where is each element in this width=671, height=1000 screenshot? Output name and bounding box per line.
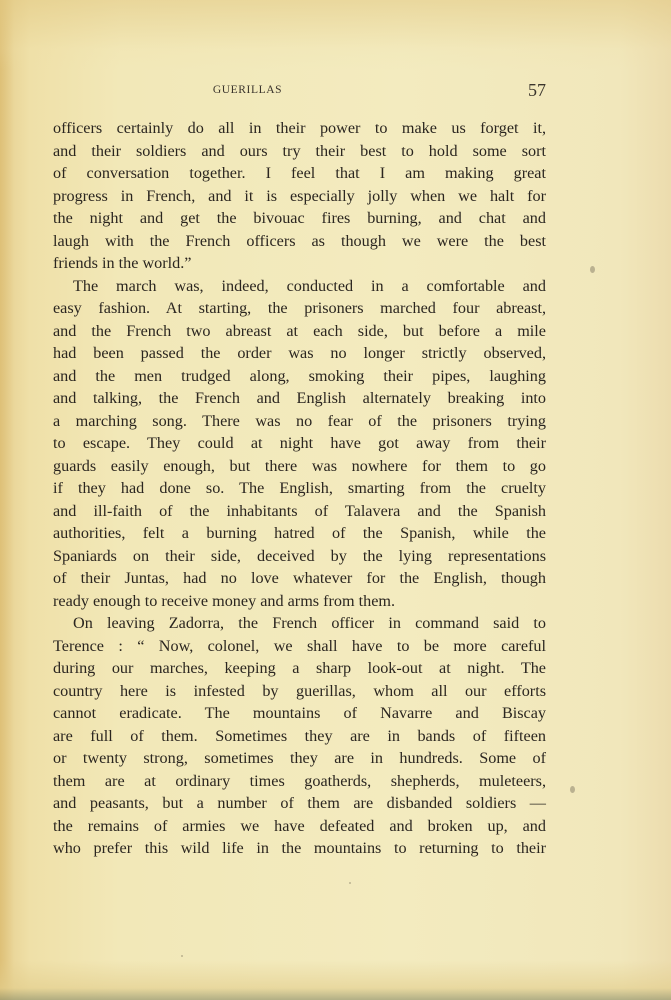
text-line: and the men trudged along, smoking their… xyxy=(53,365,546,388)
text-line: cannot eradicate. The mountains of Navar… xyxy=(53,702,546,725)
body-text: officers certainly do all in their power… xyxy=(53,117,546,860)
text-line: and peasants, but a number of them are d… xyxy=(53,792,546,815)
text-line: and their soldiers and ours try their be… xyxy=(53,140,546,163)
text-line: of their Juntas, had no love whatever fo… xyxy=(53,567,546,590)
text-line: the night and get the bivouac fires burn… xyxy=(53,207,546,230)
text-line: or twenty strong, sometimes they are in … xyxy=(53,747,546,770)
text-line: during our marches, keeping a sharp look… xyxy=(53,657,546,680)
text-line: ready enough to receive money and arms f… xyxy=(53,590,546,613)
page-left-edge-shading xyxy=(0,0,14,1000)
text-line: who prefer this wild life in the mountai… xyxy=(53,837,546,860)
running-head: GUERILLAS 57 xyxy=(53,82,546,102)
text-line: are full of them. Sometimes they are in … xyxy=(53,725,546,748)
text-line: had been passed the order was no longer … xyxy=(53,342,546,365)
text-line: guards easily enough, but there was nowh… xyxy=(53,455,546,478)
text-line: country here is infested by guerillas, w… xyxy=(53,680,546,703)
text-line: the remains of armies we have defeated a… xyxy=(53,815,546,838)
page-top-shading xyxy=(0,0,671,70)
paper-speck xyxy=(349,882,351,884)
text-line: and the French two abreast at each side,… xyxy=(53,320,546,343)
text-line: The march was, indeed, conducted in a co… xyxy=(53,275,546,298)
text-line: and ill-faith of the inhabitants of Tala… xyxy=(53,500,546,523)
text-line: Terence : “ Now, colonel, we shall have … xyxy=(53,635,546,658)
text-line: friends in the world.” xyxy=(53,252,546,275)
paper-speck xyxy=(570,786,575,793)
text-line: if they had done so. The English, smarti… xyxy=(53,477,546,500)
text-line: of conversation together. I feel that I … xyxy=(53,162,546,185)
page-number: 57 xyxy=(528,80,546,101)
text-line: them are at ordinary times goatherds, sh… xyxy=(53,770,546,793)
text-line: a marching song. There was no fear of th… xyxy=(53,410,546,433)
text-line: easy fashion. At starting, the prisoners… xyxy=(53,297,546,320)
text-line: progress in French, and it is especially… xyxy=(53,185,546,208)
text-line: Spaniards on their side, deceived by the… xyxy=(53,545,546,568)
text-line: authorities, felt a burning hatred of th… xyxy=(53,522,546,545)
text-line: to escape. They could at night have got … xyxy=(53,432,546,455)
text-line: On leaving Zadorra, the French officer i… xyxy=(53,612,546,635)
text-line: and talking, the French and English alte… xyxy=(53,387,546,410)
paper-speck xyxy=(590,266,595,273)
paper-speck xyxy=(181,955,183,957)
page-bottom-shading xyxy=(0,960,671,1000)
text-line: laugh with the French officers as though… xyxy=(53,230,546,253)
text-line: officers certainly do all in their power… xyxy=(53,117,546,140)
running-head-title: GUERILLAS xyxy=(1,84,494,96)
